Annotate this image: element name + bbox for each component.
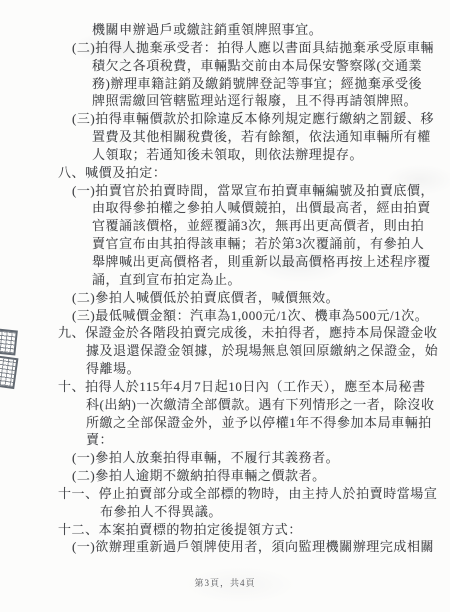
text-line: 人領取；若通知後未領取，則依法辦理提存。 bbox=[0, 146, 450, 164]
text-line: 置費及其他相關稅費後，若有餘額，依法通知車輛所有權 bbox=[0, 128, 450, 146]
text-line: 十、拍得人於115年4月7日起10日內（工作天），應至本局秘書 bbox=[0, 378, 450, 396]
text-line: 九、保證金於各階段拍賣完成後，未拍得者，應持本局保證金收 bbox=[0, 324, 450, 342]
text-line: 舉牌喊出更高價格者，則重新以最高價格再按上述程序覆 bbox=[0, 253, 450, 271]
text-line: (一)欲辦理重新過戶領牌使用者，須向監理機關辦理完成相關 bbox=[0, 538, 450, 556]
text-line: 所繳之全部保證金外，並予以停權1年不得參加本局車輛拍 bbox=[0, 414, 450, 432]
text-line: 布參拍人不得異議。 bbox=[0, 503, 450, 521]
page-number: 第3頁，共4頁 bbox=[0, 576, 450, 589]
text-line: 十二、本案拍賣標的物拍定後提領方式： bbox=[0, 521, 450, 539]
text-line: 誦，直到宣布拍定為止。 bbox=[0, 271, 450, 289]
text-line: (一)拍賣官於拍賣時間，當眾宣布拍賣車輛編號及拍賣底價， bbox=[0, 182, 450, 200]
document-text: 機關申辦過戶或繳註銷重領牌照事宜。(二)拍得人拋棄承受者：拍得人應以書面具結拋棄… bbox=[0, 21, 450, 556]
text-line: 牌照需繳回管轄監理站逕行報廢，且不得再請領牌照。 bbox=[0, 92, 450, 110]
text-line: 十一、停止拍賣部分或全部標的物時，由主持人於拍賣時當場宣 bbox=[0, 485, 450, 503]
text-line: 科(出納)一次繳清全部價款。遇有下列情形之一者，除沒收 bbox=[0, 396, 450, 414]
text-line: 積欠之各項稅費，車輛點交前由本局保安警察隊(交通業 bbox=[0, 57, 450, 75]
text-line: (一)參拍人放棄拍得車輛，不履行其義務者。 bbox=[0, 449, 450, 467]
text-line: 機關申辦過戶或繳註銷重領牌照事宜。 bbox=[0, 21, 450, 39]
text-line: 由取得參拍權之參拍人喊價競拍，出價最高者，經由拍賣 bbox=[0, 199, 450, 217]
text-line: (二)參拍人逾期不繳納拍得車輛之價款者。 bbox=[0, 467, 450, 485]
text-line: 據及退還保證金領據，於現場無息領回原繳納之保證金，始 bbox=[0, 342, 450, 360]
text-line: (二)參拍人喊價低於拍賣底價者，喊價無效。 bbox=[0, 289, 450, 307]
text-line: 得離場。 bbox=[0, 360, 450, 378]
document-page: 機關申辦過戶或繳註銷重領牌照事宜。(二)拍得人拋棄承受者：拍得人應以書面具結拋棄… bbox=[0, 0, 450, 612]
text-line: (三)最低喊價金額：汽車為1,000元/1次、機車為500元/1次。 bbox=[0, 307, 450, 325]
text-line: 賣官宣布由其拍得該車輛；若於第3次覆誦前，有參拍人 bbox=[0, 235, 450, 253]
text-line: (三)拍得車輛價款於扣除違反本條列規定應行繳納之罰鍰、移 bbox=[0, 110, 450, 128]
text-line: 八、喊價及拍定： bbox=[0, 164, 450, 182]
text-line: 賣： bbox=[0, 431, 450, 449]
text-line: 官覆誦該價格，並經覆誦3次，無再出更高價者，則由拍 bbox=[0, 217, 450, 235]
text-line: (二)拍得人拋棄承受者：拍得人應以書面具結拋棄承受原車輛 bbox=[0, 39, 450, 57]
text-line: 務)辦理車籍註銷及繳銷號牌登記等事宜；經拋棄承受後 bbox=[0, 75, 450, 93]
